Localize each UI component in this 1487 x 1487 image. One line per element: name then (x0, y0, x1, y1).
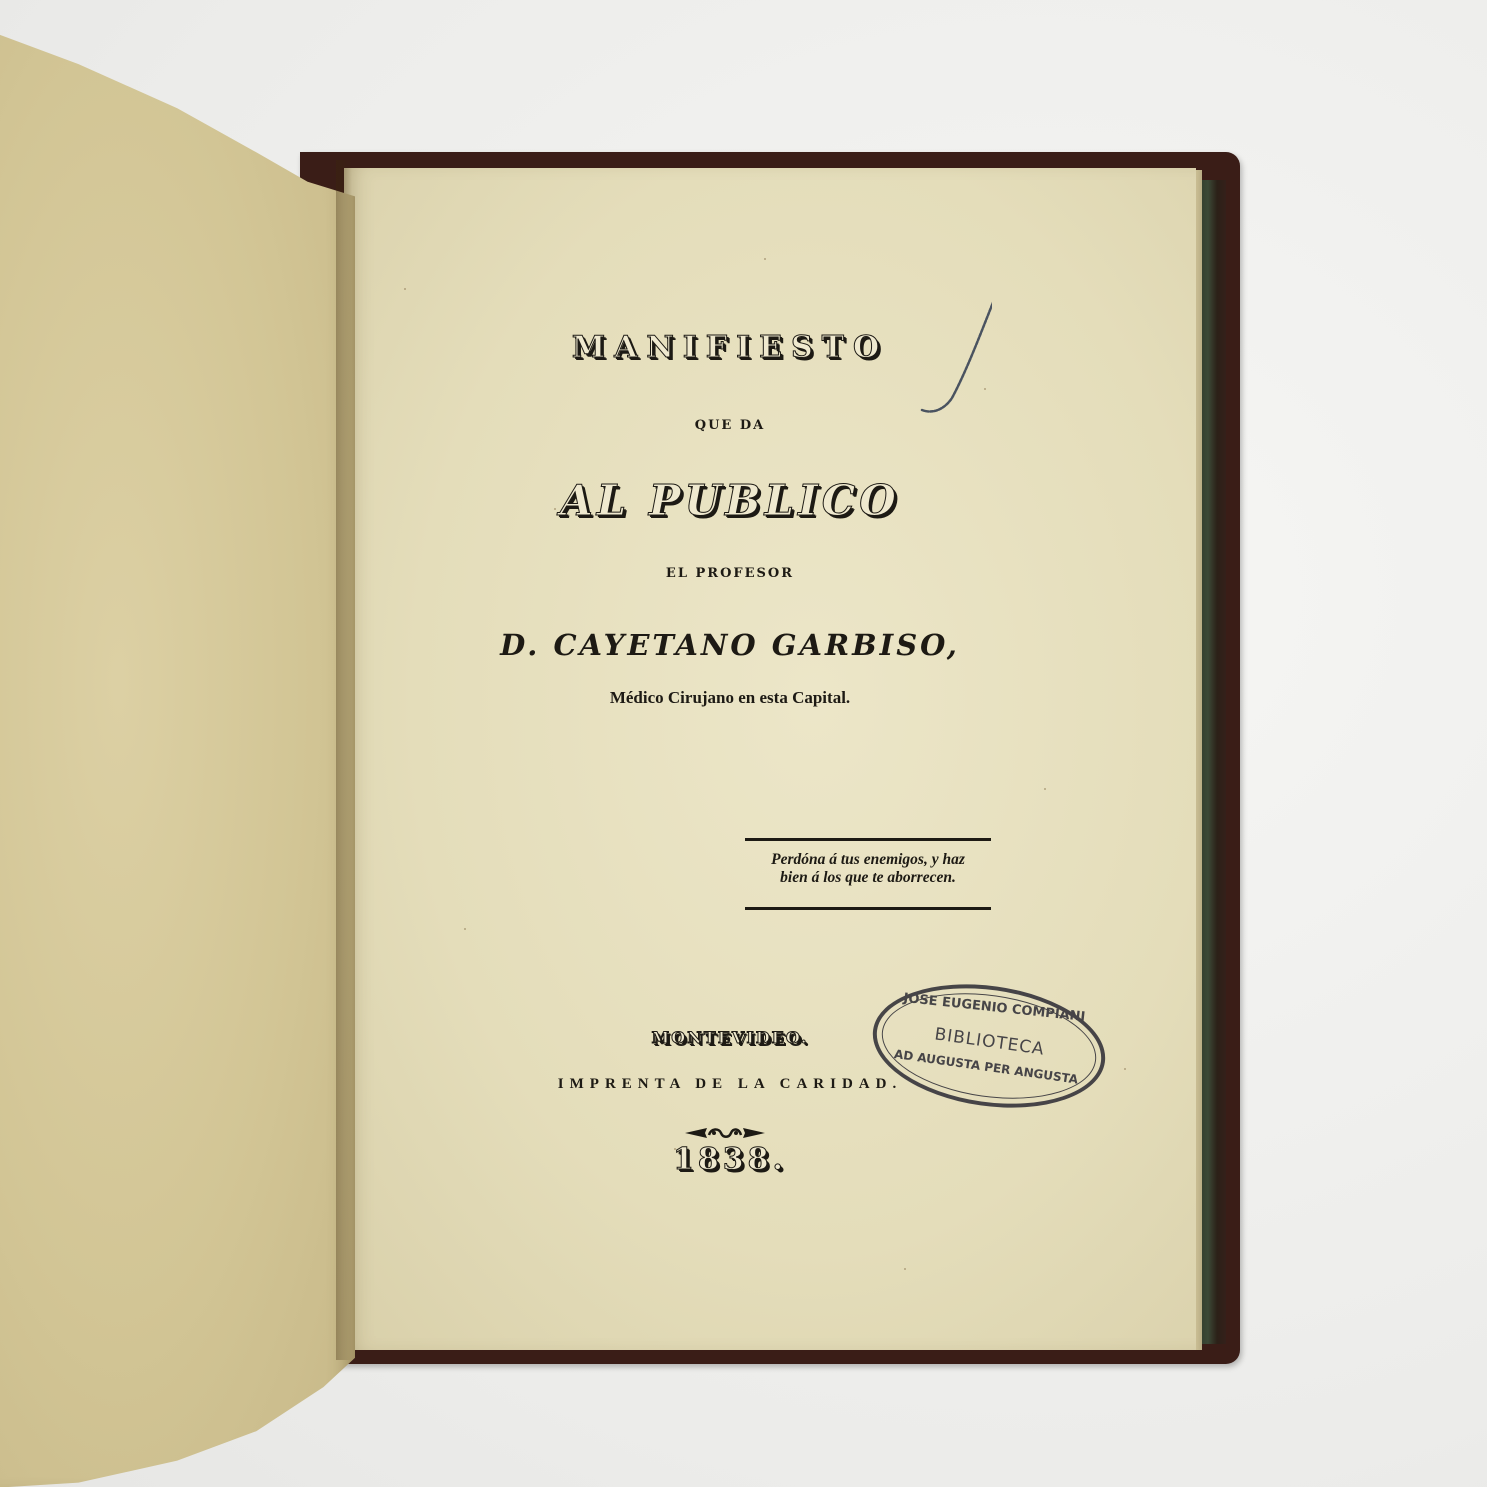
left-page (0, 20, 355, 1487)
imprint-printer: IMPRENTA DE LA CARIDAD. (500, 1076, 960, 1093)
author-occupation: Médico Cirujano en esta Capital. (500, 688, 960, 708)
imprint-year: 1838. (560, 1142, 900, 1177)
epigraph-line-2: bien á los que te aborrecen. (745, 869, 991, 887)
paper-speck (1044, 788, 1046, 790)
subtitle-el-profesor: EL PROFESOR (560, 566, 900, 581)
imprint-city: MONTEVIDEO. (560, 1028, 900, 1047)
paper-speck (464, 928, 466, 930)
paper-speck (1124, 1068, 1126, 1070)
epigraph: Perdóna á tus enemigos, y haz bien á los… (745, 838, 991, 910)
ornament-scroll-icon (685, 1126, 765, 1140)
gutter-shadow (336, 160, 352, 1360)
paper-speck (404, 288, 406, 290)
paper-speck (904, 1268, 906, 1270)
paper-speck (764, 258, 766, 260)
title-manifiesto: MANIFIESTO (560, 330, 900, 365)
epigraph-text: Perdóna á tus enemigos, y haz bien á los… (745, 851, 991, 887)
paper-speck (554, 508, 556, 510)
title-al-publico: AL PUBLICO (560, 476, 900, 525)
subtitle-que-da: QUE DA (560, 418, 900, 433)
pencil-mark-icon (912, 290, 992, 420)
author-name: D. CAYETANO GARBISO, (500, 628, 960, 662)
epigraph-line-1: Perdóna á tus enemigos, y haz (745, 851, 991, 869)
